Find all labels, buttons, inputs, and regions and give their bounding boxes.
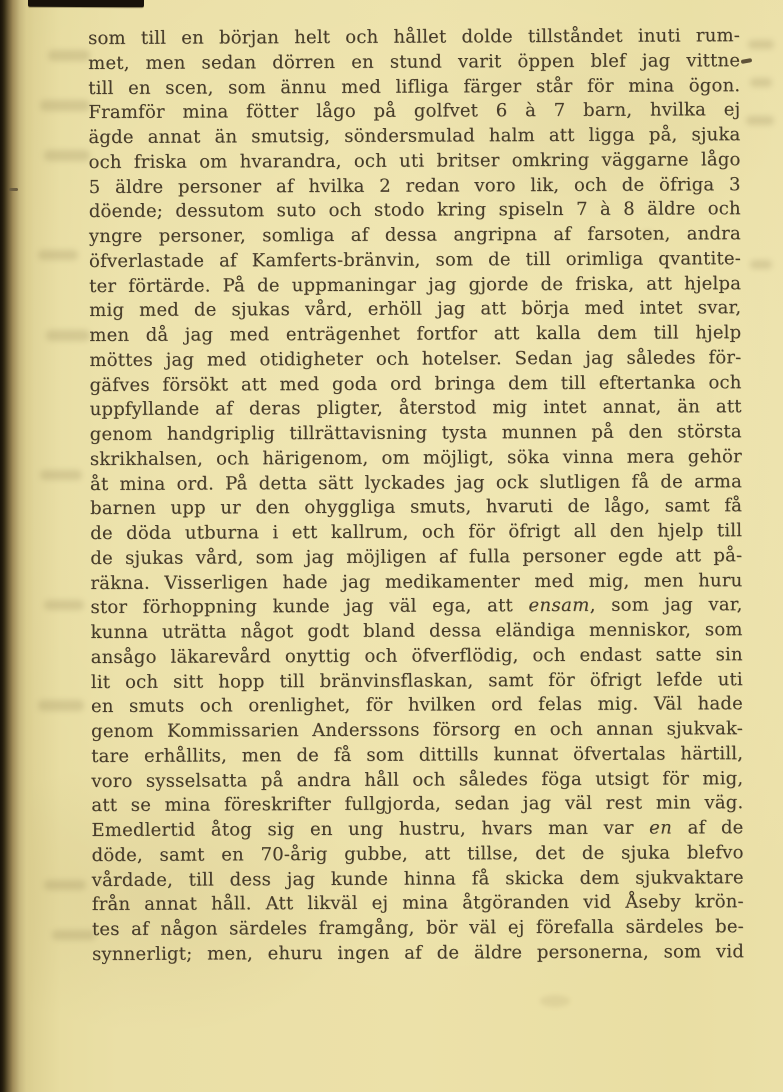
text-line: voro sysselsatta på andra håll och såled… bbox=[91, 767, 743, 795]
text-line: barnen upp ur den ohyggliga smuts, hvaru… bbox=[90, 494, 742, 522]
text-line: genom handgriplig tillrättavisning tysta… bbox=[90, 420, 742, 448]
line-segment: skrikhalsen, och härigenom, om möjligt, … bbox=[90, 446, 742, 470]
line-segment: genom handgriplig tillrättavisning tysta… bbox=[90, 421, 742, 445]
text-line: met, men sedan dörren en stund varit öpp… bbox=[88, 49, 740, 77]
line-segment: möttes jag med otidigheter och hotelser.… bbox=[89, 347, 741, 371]
line-segment: till en scen, som ännu med lifliga färge… bbox=[88, 75, 740, 99]
italic-word: en bbox=[649, 817, 672, 838]
text-line: öfverlastade af Kamferts-bränvin, som de… bbox=[89, 247, 741, 275]
text-line: att se mina föreskrifter fullgjorda, sed… bbox=[91, 791, 743, 819]
text-line: synnerligt; men, ehuru ingen af de äldre… bbox=[92, 940, 744, 968]
text-line: lit och sitt hopp till bränvinsflaskan, … bbox=[91, 668, 743, 696]
line-segment: från annat håll. Att likväl ej mina åtgö… bbox=[92, 891, 744, 915]
left-margin-ink-dash bbox=[9, 188, 18, 191]
text-line: de sjukas vård, som jag möjligen af full… bbox=[90, 544, 742, 572]
line-segment: de döda utburna i ett kallrum, och för ö… bbox=[90, 520, 742, 544]
text-line: en smuts och orenlighet, för hvilken ord… bbox=[91, 692, 743, 720]
line-segment: en smuts och orenlighet, för hvilken ord… bbox=[91, 693, 743, 717]
line-segment: Framför mina fötter lågo på golfvet 6 à … bbox=[88, 99, 740, 123]
line-segment: öfverlastade af Kamferts-bränvin, som de… bbox=[89, 248, 741, 272]
text-line: som till en början helt och hållet dolde… bbox=[88, 24, 740, 52]
text-line: Emedlertid åtog sig en ung hustru, hvars… bbox=[91, 816, 743, 844]
line-segment: döende; dessutom suto och stodo kring sp… bbox=[89, 198, 741, 222]
text-line: gäfves försökt att med goda ord bringa d… bbox=[90, 371, 742, 399]
text-line: tare erhållits, men de få som dittills k… bbox=[91, 742, 743, 770]
line-segment: stor förhoppning kunde jag väl ega, att bbox=[90, 595, 528, 618]
text-line: döde, samt en 70-årig gubbe, att tillse,… bbox=[92, 841, 744, 869]
page-text: som till en början helt och hållet dolde… bbox=[88, 24, 744, 967]
line-segment: gäfves försökt att med goda ord bringa d… bbox=[90, 372, 742, 396]
text-line: skrikhalsen, och härigenom, om möjligt, … bbox=[90, 445, 742, 473]
text-line: räkna. Visserligen hade jag medikamenter… bbox=[90, 569, 742, 597]
line-segment: tes af någon särdeles framgång, bör väl … bbox=[92, 916, 744, 940]
text-line: åt mina ord. På detta sätt lyckades jag … bbox=[90, 470, 742, 498]
line-segment: Emedlertid åtog sig en ung hustru, hvars… bbox=[91, 818, 649, 841]
book-page: som till en början helt och hållet dolde… bbox=[0, 0, 783, 1092]
text-line: ter förtärde. På de uppmaningar jag gjor… bbox=[89, 272, 741, 300]
line-segment: lit och sitt hopp till bränvinsflaskan, … bbox=[91, 669, 743, 693]
text-line: 5 äldre personer af hvilka 2 redan voro … bbox=[89, 173, 741, 201]
text-line: mig med de sjukas vård, erhöll jag att b… bbox=[89, 296, 741, 324]
text-line: till en scen, som ännu med lifliga färge… bbox=[88, 74, 740, 102]
line-segment: genom Kommissarien Anderssons försorg en… bbox=[91, 718, 743, 742]
text-line: kunna uträtta något godt bland dessa elä… bbox=[91, 618, 743, 646]
text-line: men då jag med enträgenhet fortfor att k… bbox=[89, 321, 741, 349]
text-line: tes af någon särdeles framgång, bör väl … bbox=[92, 915, 744, 943]
line-segment: de sjukas vård, som jag möjligen af full… bbox=[90, 545, 742, 569]
line-segment: räkna. Visserligen hade jag medikamenter… bbox=[90, 570, 742, 594]
line-segment: men då jag med enträgenhet fortfor att k… bbox=[89, 322, 741, 346]
line-segment: met, men sedan dörren en stund varit öpp… bbox=[88, 50, 740, 74]
line-segment: tare erhållits, men de få som dittills k… bbox=[91, 743, 743, 767]
line-segment: ter förtärde. På de uppmaningar jag gjor… bbox=[89, 273, 741, 297]
text-line: ansågo läkarevård onyttig och öfverflödi… bbox=[91, 643, 743, 671]
line-segment: mig med de sjukas vård, erhöll jag att b… bbox=[89, 297, 741, 321]
text-line: och friska om hvarandra, och uti britser… bbox=[89, 148, 741, 176]
line-segment: döde, samt en 70-årig gubbe, att tillse,… bbox=[92, 842, 744, 866]
line-segment: af de bbox=[672, 817, 743, 838]
line-segment: 5 äldre personer af hvilka 2 redan voro … bbox=[89, 174, 741, 198]
paper-stain bbox=[540, 995, 570, 1007]
line-segment: voro sysselsatta på andra håll och såled… bbox=[91, 768, 743, 792]
line-segment: som till en början helt och hållet dolde… bbox=[88, 25, 740, 49]
line-segment: kunna uträtta något godt bland dessa elä… bbox=[91, 619, 743, 643]
paper-stain bbox=[640, 230, 656, 240]
text-line: vårdade, till dess jag kunde hinna få sk… bbox=[92, 866, 744, 894]
top-ink-bar bbox=[28, 0, 144, 7]
text-line: döende; dessutom suto och stodo kring sp… bbox=[89, 197, 741, 225]
line-segment: barnen upp ur den ohyggliga smuts, hvaru… bbox=[90, 495, 742, 519]
text-line: Framför mina fötter lågo på golfvet 6 à … bbox=[88, 98, 740, 126]
right-margin-ink-dash bbox=[741, 58, 753, 64]
line-segment: och friska om hvarandra, och uti britser… bbox=[89, 149, 741, 173]
text-line: uppfyllande af deras pligter, återstod m… bbox=[90, 395, 742, 423]
line-segment: åt mina ord. På detta sätt lyckades jag … bbox=[90, 471, 742, 495]
line-segment: synnerligt; men, ehuru ingen af de äldre… bbox=[92, 941, 744, 965]
line-segment: ansågo läkarevård onyttig och öfverflödi… bbox=[91, 644, 743, 668]
text-line: stor förhoppning kunde jag väl ega, att … bbox=[90, 593, 742, 621]
line-segment: , som jag var, bbox=[590, 594, 743, 616]
line-segment: ägde annat än smutsig, söndersmulad halm… bbox=[88, 124, 740, 148]
text-line: ägde annat än smutsig, söndersmulad halm… bbox=[88, 123, 740, 151]
line-segment: vårdade, till dess jag kunde hinna få sk… bbox=[92, 867, 744, 891]
line-segment: att se mina föreskrifter fullgjorda, sed… bbox=[91, 792, 743, 816]
italic-word: ensam bbox=[528, 595, 589, 616]
text-line: genom Kommissarien Anderssons försorg en… bbox=[91, 717, 743, 745]
text-line: de döda utburna i ett kallrum, och för ö… bbox=[90, 519, 742, 547]
line-segment: uppfyllande af deras pligter, återstod m… bbox=[90, 396, 742, 420]
binding-edge bbox=[0, 0, 34, 1092]
text-line: möttes jag med otidigheter och hotelser.… bbox=[89, 346, 741, 374]
text-line: från annat håll. Att likväl ej mina åtgö… bbox=[92, 890, 744, 918]
